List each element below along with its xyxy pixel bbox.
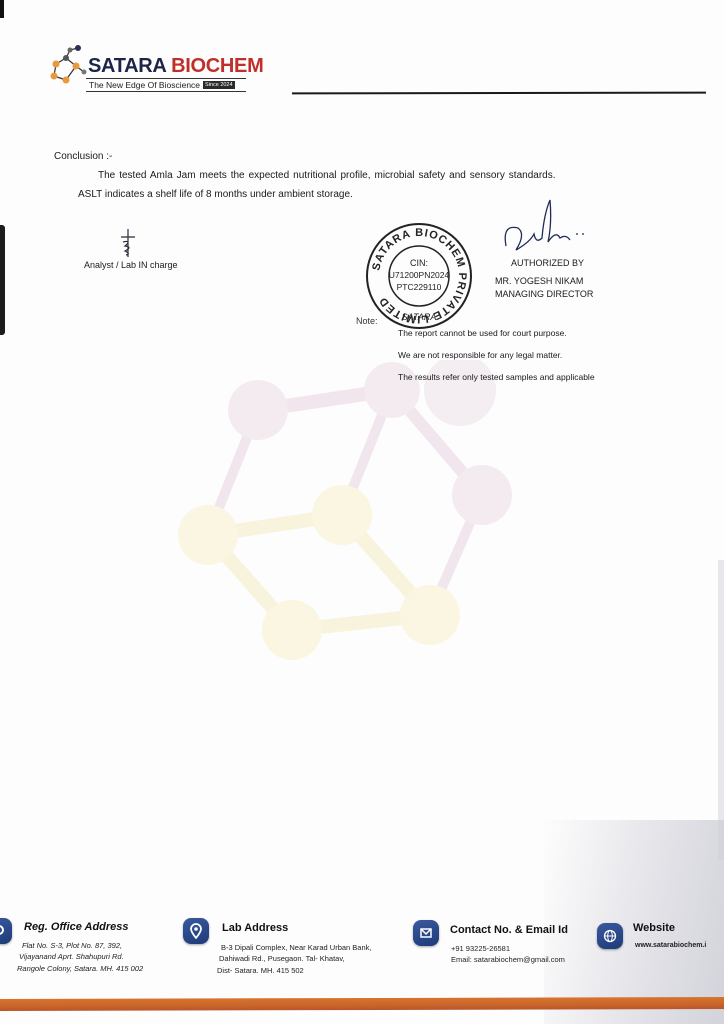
lab-address-line: Dahiwadi Rd., Pusegaon. Tal- Khatav, (219, 953, 345, 964)
conclusion-text-line2: ASLT indicates a shelf life of 8 months … (78, 189, 353, 200)
director-signature (500, 194, 592, 258)
footer-lab-address: Lab Address B-3 Dipali Complex, Near Kar… (183, 918, 403, 988)
molecule-watermark-icon (160, 360, 540, 670)
phone-mail-icon (413, 920, 439, 946)
tagline-box: The New Edge Of Bioscience Since 2024 (86, 78, 246, 92)
note-item: The report cannot be used for court purp… (398, 328, 567, 338)
footer-reg-office: Reg. Office Address Flat No. S-3, Plot N… (0, 918, 180, 988)
lab-address-line: Dist- Satara. MH. 415 502 (217, 965, 304, 976)
footer-website: Website www.satarabiochem.i (597, 918, 724, 988)
reg-office-line: Vijayanand Aprt. Shahupuri Rd. (19, 951, 124, 962)
contact-phone[interactable]: +91 93225-26581 (451, 943, 510, 954)
lab-address-line: B-3 Dipali Complex, Near Karad Urban Ban… (221, 942, 371, 953)
reg-office-line: Flat No. S-3, Plot No. 87, 392, (22, 940, 122, 951)
scan-edge-artifact (0, 225, 5, 335)
location-pin-icon (183, 918, 209, 944)
website-title: Website (633, 922, 675, 934)
note-item: The results refer only tested samples an… (398, 372, 595, 382)
note-label: Note: (356, 316, 378, 326)
scan-edge-artifact (0, 0, 4, 18)
brand-word-satara: SATARA (88, 55, 166, 77)
authorized-by-label: AUTHORIZED BY (511, 258, 584, 268)
molecule-logo-icon (48, 44, 88, 86)
authorizer-role: MANAGING DIRECTOR (495, 289, 593, 299)
svg-text:PTC229110: PTC229110 (397, 282, 442, 292)
company-logo: SATARA BIOCHEM The New Edge Of Bioscienc… (48, 44, 248, 96)
company-seal-stamp: SATARA BIOCHEM PRIVATE LIMITED CIN: U712… (363, 222, 475, 330)
analyst-signature (116, 228, 140, 258)
tagline: The New Edge Of Bioscience (89, 80, 200, 90)
svg-text:CIN:: CIN: (410, 258, 428, 268)
header-divider (292, 92, 706, 95)
since-badge: Since 2024 (203, 81, 235, 89)
reg-office-title: Reg. Office Address (24, 921, 129, 933)
analyst-label: Analyst / Lab IN charge (84, 260, 178, 270)
location-icon (0, 918, 12, 944)
contact-title: Contact No. & Email Id (450, 924, 568, 936)
brand-word-biochem: BIOCHEM (171, 55, 263, 77)
globe-icon (597, 923, 623, 949)
conclusion-heading: Conclusion :- (54, 151, 112, 162)
reg-office-line: Rangole Colony, Satara. MH. 415 002 (17, 963, 143, 974)
footer-contact: Contact No. & Email Id +91 93225-26581 E… (413, 918, 593, 988)
note-item: We are not responsible for any legal mat… (398, 350, 562, 360)
lab-address-title: Lab Address (222, 922, 288, 934)
contact-email[interactable]: Email: satarabiochem@gmail.com (451, 954, 565, 965)
conclusion-text-line1: The tested Amla Jam meets the expected n… (98, 170, 556, 181)
footer-accent-bar (0, 997, 724, 1011)
page-shadow (718, 560, 724, 860)
svg-text:SATARA: SATARA (402, 312, 437, 322)
svg-text:U71200PN2024: U71200PN2024 (389, 270, 450, 280)
brand-name: SATARA BIOCHEM (88, 55, 263, 78)
website-url[interactable]: www.satarabiochem.i (635, 940, 706, 951)
authorizer-name: MR. YOGESH NIKAM (495, 276, 583, 286)
